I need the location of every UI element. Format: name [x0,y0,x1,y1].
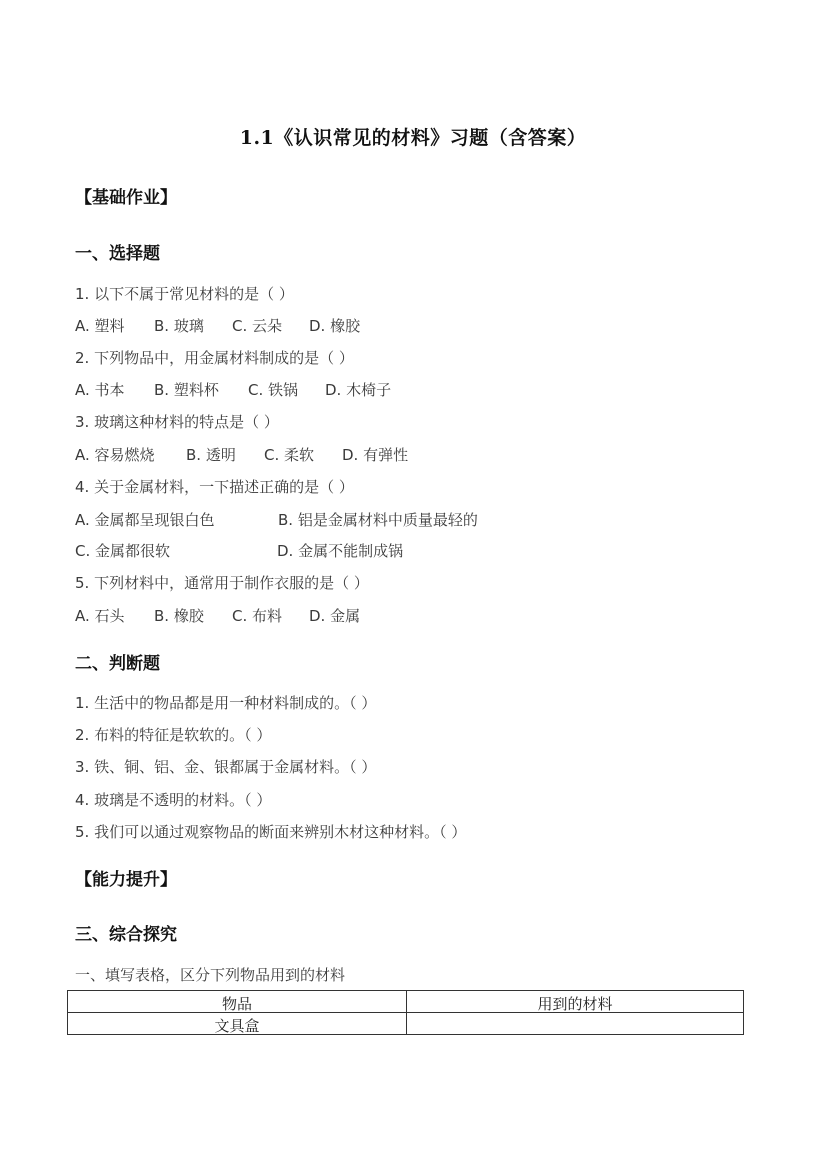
option-b: B. 铝是金属材料中质量最轻的 [278,509,478,530]
option-d: D. 木椅子 [325,379,391,400]
judge-question-4: 4. 玻璃是不透明的材料。（ ） [75,789,271,810]
choice-options-5: A. 石头B. 橡胶C. 布料D. 金属 [75,605,360,626]
explore-instruction: 一、填写表格，区分下列物品用到的材料 [75,964,345,985]
materials-table: 物品 用到的材料 文具盒 [67,990,744,1035]
section-advanced: 【能力提升】 [75,865,177,890]
explore-heading: 三、综合探究 [75,920,177,945]
judge-heading: 二、判断题 [75,649,160,674]
option-a: A. 石头 [75,605,154,626]
judge-question-3: 3. 铁、铜、铝、金、银都属于金属材料。（ ） [75,756,376,777]
option-d: D. 橡胶 [309,315,360,336]
choice-options-4a: A. 金属都呈现银白色B. 铝是金属材料中质量最轻的 [75,509,478,530]
choice-question-5: 5. 下列材料中，通常用于制作衣服的是（ ） [75,572,369,593]
option-d: D. 金属不能制成锅 [277,540,403,561]
choice-options-1: A. 塑料B. 玻璃C. 云朵D. 橡胶 [75,315,360,336]
option-c: C. 布料 [232,605,309,626]
choice-options-4b: C. 金属都很软D. 金属不能制成锅 [75,540,403,561]
judge-question-2: 2. 布料的特征是软软的。（ ） [75,724,271,745]
option-a: A. 容易燃烧 [75,444,186,465]
option-b: B. 透明 [186,444,264,465]
cell-materials[interactable] [407,1013,744,1035]
choice-question-4: 4. 关于金属材料，一下描述正确的是（ ） [75,476,354,497]
option-d: D. 有弹性 [342,444,408,465]
page-title: 1.1《认识常见的材料》习题（含答案） [0,123,826,150]
judge-question-5: 5. 我们可以通过观察物品的断面来辨别木材这种材料。（ ） [75,821,466,842]
choice-question-2: 2. 下列物品中，用金属材料制成的是（ ） [75,347,354,368]
option-c: C. 柔软 [264,444,342,465]
option-c: C. 铁锅 [248,379,325,400]
choice-question-1: 1. 以下不属于常见材料的是（ ） [75,283,294,304]
option-c: C. 云朵 [232,315,309,336]
choice-question-3: 3. 玻璃这种材料的特点是（ ） [75,411,279,432]
choice-heading: 一、选择题 [75,239,160,264]
header-materials: 用到的材料 [407,991,744,1013]
table-header-row: 物品 用到的材料 [68,991,744,1013]
table-row: 文具盒 [68,1013,744,1035]
option-b: B. 橡胶 [154,605,232,626]
choice-options-2: A. 书本B. 塑料杯C. 铁锅D. 木椅子 [75,379,391,400]
header-item: 物品 [68,991,407,1013]
option-b: B. 玻璃 [154,315,232,336]
option-d: D. 金属 [309,605,360,626]
option-a: A. 金属都呈现银白色 [75,509,278,530]
option-b: B. 塑料杯 [154,379,248,400]
section-basic: 【基础作业】 [75,183,177,208]
judge-question-1: 1. 生活中的物品都是用一种材料制成的。（ ） [75,692,376,713]
choice-options-3: A. 容易燃烧B. 透明C. 柔软D. 有弹性 [75,444,408,465]
option-c: C. 金属都很软 [75,540,277,561]
cell-item: 文具盒 [68,1013,407,1035]
option-a: A. 书本 [75,379,154,400]
option-a: A. 塑料 [75,315,154,336]
